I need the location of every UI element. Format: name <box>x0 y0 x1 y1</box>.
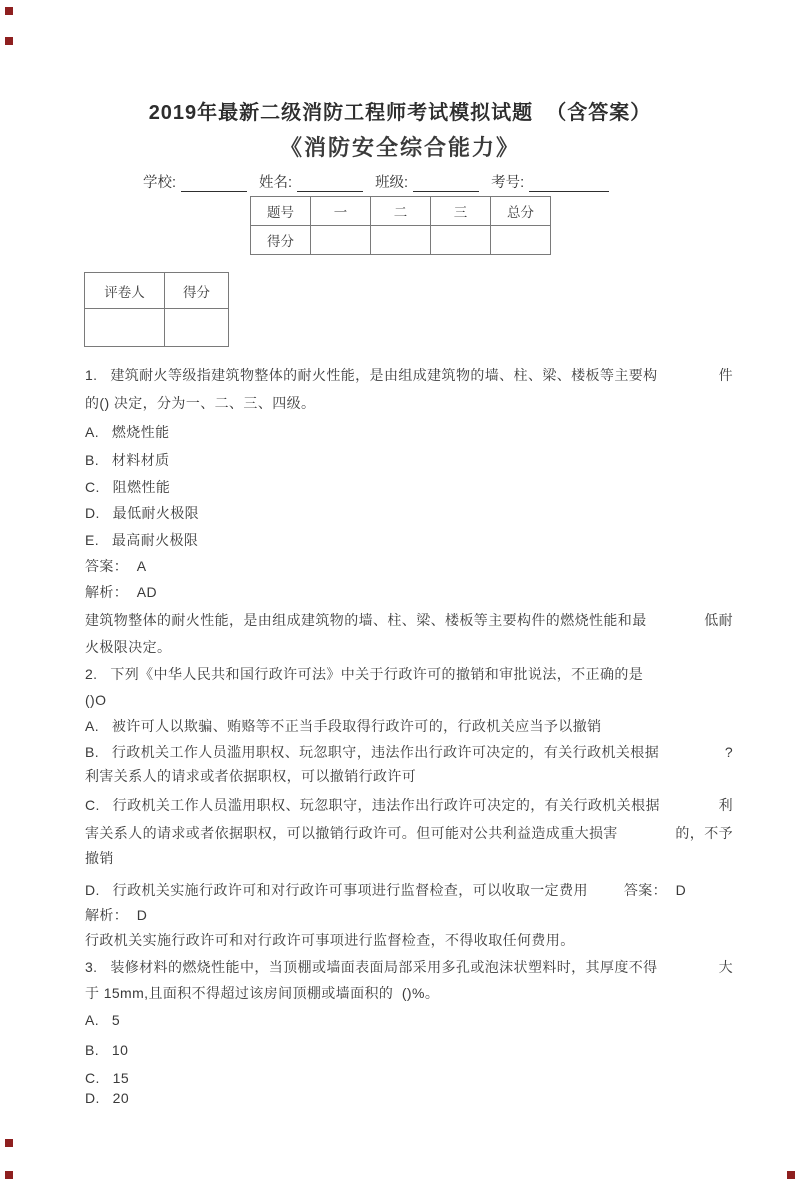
q1-option-e: E. 最高耐火极限 <box>85 530 733 550</box>
q1-stem-line-2: 的() 决定，分为一、二、三、四级。 <box>85 393 733 413</box>
score-header-cell: 一 <box>311 197 371 226</box>
corner-mark <box>5 37 13 45</box>
corner-mark <box>787 1171 795 1179</box>
q2-analysis: 解析： D <box>85 905 733 925</box>
q2-stem-line-2: ()O <box>85 690 733 710</box>
school-blank[interactable] <box>181 176 247 192</box>
q1-option-c: C. 阻燃性能 <box>85 477 733 497</box>
q2-option-a: A. 被许可人以欺骗、贿赂等不正当手段取得行政许可的，行政机关应当予以撤销 <box>85 716 733 736</box>
q2-option-c-line-1: C. 行政机关工作人员滥用职权、玩忽职守，违法作出行政许可决定的，有关行政机关根… <box>85 795 733 815</box>
score-row-label: 得分 <box>251 226 311 255</box>
score-blank-cell[interactable] <box>431 226 491 255</box>
score-table: 题号 一 二 三 总分 得分 <box>250 196 551 255</box>
score-table-value-row: 得分 <box>251 226 551 255</box>
q3-option-b: B. 10 <box>85 1040 733 1060</box>
corner-mark <box>5 1171 13 1179</box>
score-header-cell: 题号 <box>251 197 311 226</box>
score-blank-cell[interactable] <box>371 226 431 255</box>
q2-stem-line-1: 2. 下列《中华人民共和国行政许可法》中关于行政许可的撤销和审批说法，不正确的是 <box>85 664 733 684</box>
exam-no-label: 考号: <box>491 171 524 192</box>
q1-analysis: 解析： AD <box>85 582 733 602</box>
q1-answer: 答案： A <box>85 556 733 576</box>
q3-stem-line-1: 3. 装修材料的燃烧性能中，当顶棚或墙面表面局部采用多孔或泡沫状塑料时，其厚度不… <box>85 957 733 977</box>
grader-blank-cell[interactable] <box>165 309 229 347</box>
grader-blank-cell[interactable] <box>85 309 165 347</box>
grader-table: 评卷人 得分 <box>84 272 229 347</box>
school-field: 学校: <box>143 171 247 192</box>
class-blank[interactable] <box>413 176 479 192</box>
q1-explanation-line-1: 建筑物整体的耐火性能，是由组成建筑物的墙、柱、梁、楼板等主要构件的燃烧性能和最低… <box>85 610 733 630</box>
class-label: 班级: <box>375 171 408 192</box>
q1-option-a: A. 燃烧性能 <box>85 422 733 442</box>
score-blank-cell[interactable] <box>311 226 371 255</box>
corner-mark <box>5 7 13 15</box>
class-field: 班级: <box>375 171 479 192</box>
grader-table-value-row <box>85 309 229 347</box>
name-label: 姓名: <box>259 171 292 192</box>
score-header-cell: 二 <box>371 197 431 226</box>
exam-no-blank[interactable] <box>529 176 609 192</box>
grader-header-cell: 评卷人 <box>85 273 165 309</box>
student-info-row: 学校: 姓名: 班级: 考号: <box>143 171 609 192</box>
q1-stem-line-1: 1. 建筑耐火等级指建筑物整体的耐火性能，是由组成建筑物的墙、柱、梁、楼板等主要… <box>85 365 733 385</box>
q2-explanation: 行政机关实施行政许可和对行政许可事项进行监督检查，不得收取任何费用。 <box>85 930 733 950</box>
q1-option-b: B. 材料材质 <box>85 450 733 470</box>
q2-option-b-line-1: B. 行政机关工作人员滥用职权、玩忽职守，违法作出行政许可决定的，有关行政机关根… <box>85 742 733 762</box>
name-blank[interactable] <box>297 176 363 192</box>
corner-mark <box>5 1139 13 1147</box>
page-title: 2019年最新二级消防工程师考试模拟试题 （含答案） <box>0 96 800 125</box>
q2-option-c-line-2: 害关系人的请求或者依据职权，可以撤销行政许可。但可能对公共利益造成重大损害的，不… <box>85 823 733 843</box>
grader-table-header-row: 评卷人 得分 <box>85 273 229 309</box>
exam-no-field: 考号: <box>491 171 609 192</box>
q1-explanation-line-2: 火极限决定。 <box>85 637 733 657</box>
q3-stem-line-2: 于 15mm,且面积不得超过该房间顶棚或墙面积的 ()%。 <box>85 983 733 1003</box>
score-blank-cell[interactable] <box>491 226 551 255</box>
score-table-header-row: 题号 一 二 三 总分 <box>251 197 551 226</box>
score-header-cell: 总分 <box>491 197 551 226</box>
q3-option-a: A. 5 <box>85 1010 733 1030</box>
name-field: 姓名: <box>259 171 363 192</box>
q2-option-b-line-2: 利害关系人的请求或者依据职权，可以撤销行政许可 <box>85 766 733 786</box>
grader-header-cell: 得分 <box>165 273 229 309</box>
q1-option-d: D. 最低耐火极限 <box>85 503 733 523</box>
score-header-cell: 三 <box>431 197 491 226</box>
exam-document-page: 2019年最新二级消防工程师考试模拟试题 （含答案） 《消防安全综合能力》 学校… <box>0 0 800 1183</box>
q2-option-d-and-answer: D. 行政机关实施行政许可和对行政许可事项进行监督检查，可以收取一定费用答案： … <box>85 880 733 900</box>
q3-option-c: C. 15 <box>85 1068 733 1088</box>
page-subtitle: 《消防安全综合能力》 <box>0 131 800 162</box>
q2-option-c-line-3: 撤销 <box>85 848 733 868</box>
q3-option-d: D. 20 <box>85 1088 733 1108</box>
school-label: 学校: <box>143 171 176 192</box>
